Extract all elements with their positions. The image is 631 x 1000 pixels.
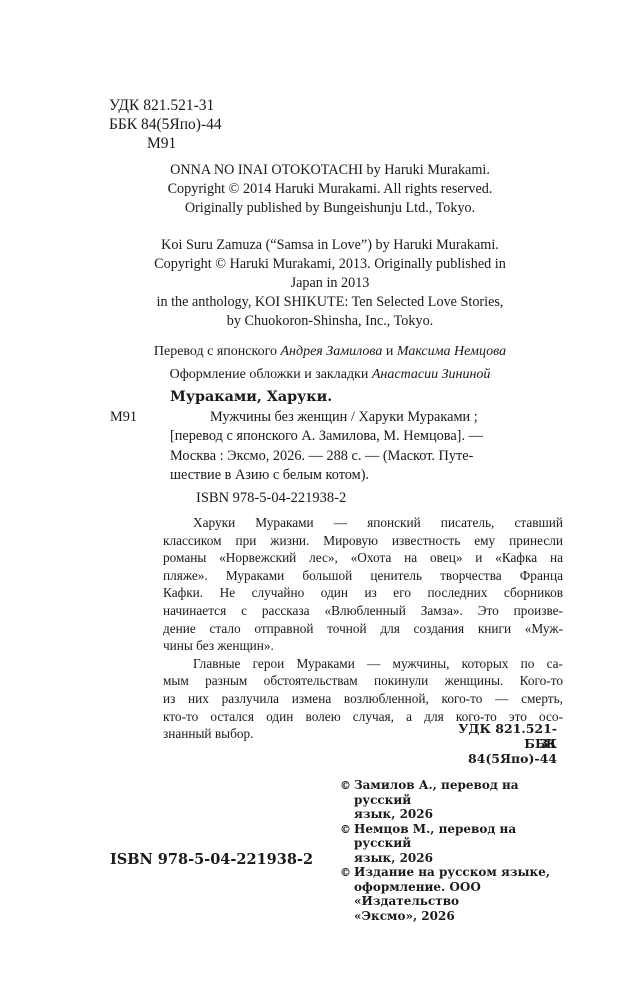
- author-mark: М91: [110, 408, 137, 428]
- record-line-2: [перевод с японского А. Замилова, М. Нем…: [170, 427, 558, 447]
- copyright-notice-line: Издание на русском языке,: [354, 865, 565, 880]
- udk-code-top: УДК 821.521-31: [109, 96, 214, 115]
- copyright-notice: ©Издание на русском языке,оформление. ОО…: [340, 865, 565, 923]
- annotation-line: романы «Норвежский лес», «Охота на овец»…: [163, 549, 563, 567]
- annotation-line: Кафки. Не случайно один из его последних…: [163, 584, 563, 602]
- translator-1: Андрея Замилова: [280, 344, 382, 359]
- annotation-line: чины без женщин».: [163, 637, 563, 655]
- credits-block: Перевод с японского Андрея Замилова и Ма…: [105, 340, 555, 386]
- original-publisher-line: Originally published by Bungeishunju Ltd…: [105, 199, 555, 218]
- original-copyright-block: ONNA NO INAI OTOKOTACHI by Haruki Muraka…: [105, 161, 555, 218]
- annotation-line: пляже». Мураками большой ценитель творче…: [163, 567, 563, 585]
- annotation: Харуки Мураками — японский писатель, ста…: [163, 514, 563, 743]
- samsa-copyright-block: Koi Suru Zamuza (“Samsa in Love”) by Har…: [105, 236, 555, 331]
- samsa-title-line: Koi Suru Zamuza (“Samsa in Love”) by Har…: [105, 236, 555, 255]
- original-title-line: ONNA NO INAI OTOKOTACHI by Haruki Muraka…: [105, 161, 555, 180]
- annotation-line: мым разным обстоятельствам покинули женщ…: [163, 672, 563, 690]
- copyright-notice-line: Замилов А., перевод на русский: [354, 778, 565, 807]
- copyright-notice-line: язык, 2026: [354, 851, 565, 866]
- designer: Анастасии Зининой: [372, 367, 491, 382]
- annotation-line: классиком при жизни. Мировую известность…: [163, 532, 563, 550]
- design-credit: Оформление обложки и закладки Анастасии …: [105, 363, 555, 386]
- record-line-3: Москва : Эксмо, 2026. — 288 с. — (Маскот…: [170, 447, 558, 467]
- bbk-code-top: ББК 84(5Япо)-44: [109, 115, 222, 134]
- annotation-line: Главные герои Мураками — мужчины, которы…: [163, 655, 563, 673]
- annotation-line: из них разлучила измена возлюбленной, ко…: [163, 690, 563, 708]
- annotation-paragraph-1: Харуки Мураками — японский писатель, ста…: [163, 514, 563, 655]
- copyright-notice: ©Немцов М., перевод на русскийязык, 2026: [340, 822, 565, 866]
- author-mark-top: М91: [147, 134, 176, 153]
- copyright-notice: ©Замилов А., перевод на русскийязык, 202…: [340, 778, 565, 822]
- copyright-notice-line: оформление. ООО «Издательство: [354, 880, 565, 909]
- translation-credit: Перевод с японского Андрея Замилова и Ма…: [105, 340, 555, 363]
- copyright-notice-line: Немцов М., перевод на русский: [354, 822, 565, 851]
- copyright-notices: ©Замилов А., перевод на русскийязык, 202…: [340, 778, 565, 923]
- bbk-code-bottom: ББК 84(5Япо)-44: [452, 736, 557, 766]
- annotation-line: Харуки Мураками — японский писатель, ста…: [163, 514, 563, 532]
- annotation-line: дение стало отправной точной для создани…: [163, 620, 563, 638]
- bibliographic-record: Мураками, Харуки. М91 Мужчины без женщин…: [110, 388, 558, 486]
- translator-2: Максима Немцова: [397, 344, 506, 359]
- samsa-anthology-line: in the anthology, KOI SHIKUTE: Ten Selec…: [105, 293, 555, 312]
- record-line-4: шествие в Азию с белым котом).: [170, 466, 558, 486]
- isbn-bottom: ISBN 978-5-04-221938-2: [110, 851, 313, 869]
- copyright-icon: ©: [340, 779, 351, 794]
- samsa-japan-line: Japan in 2013: [105, 274, 555, 293]
- samsa-copyright-line: Copyright © Haruki Murakami, 2013. Origi…: [105, 255, 555, 274]
- original-copyright-line: Copyright © 2014 Haruki Murakami. All ri…: [105, 180, 555, 199]
- record-line-1: Мужчины без женщин / Харуки Мураками ;: [190, 409, 478, 425]
- copyright-notice-line: язык, 2026: [354, 807, 565, 822]
- author-heading: Мураками, Харуки.: [170, 388, 558, 408]
- copyright-icon: ©: [340, 823, 351, 838]
- isbn-record: ISBN 978-5-04-221938-2: [196, 488, 346, 508]
- annotation-line: начинается с рассказа «Влюбленный Замза»…: [163, 602, 563, 620]
- copyright-notice-line: «Эксмо», 2026: [354, 909, 565, 924]
- copyright-icon: ©: [340, 866, 351, 881]
- samsa-publisher-line: by Chuokoron-Shinsha, Inc., Tokyo.: [105, 312, 555, 331]
